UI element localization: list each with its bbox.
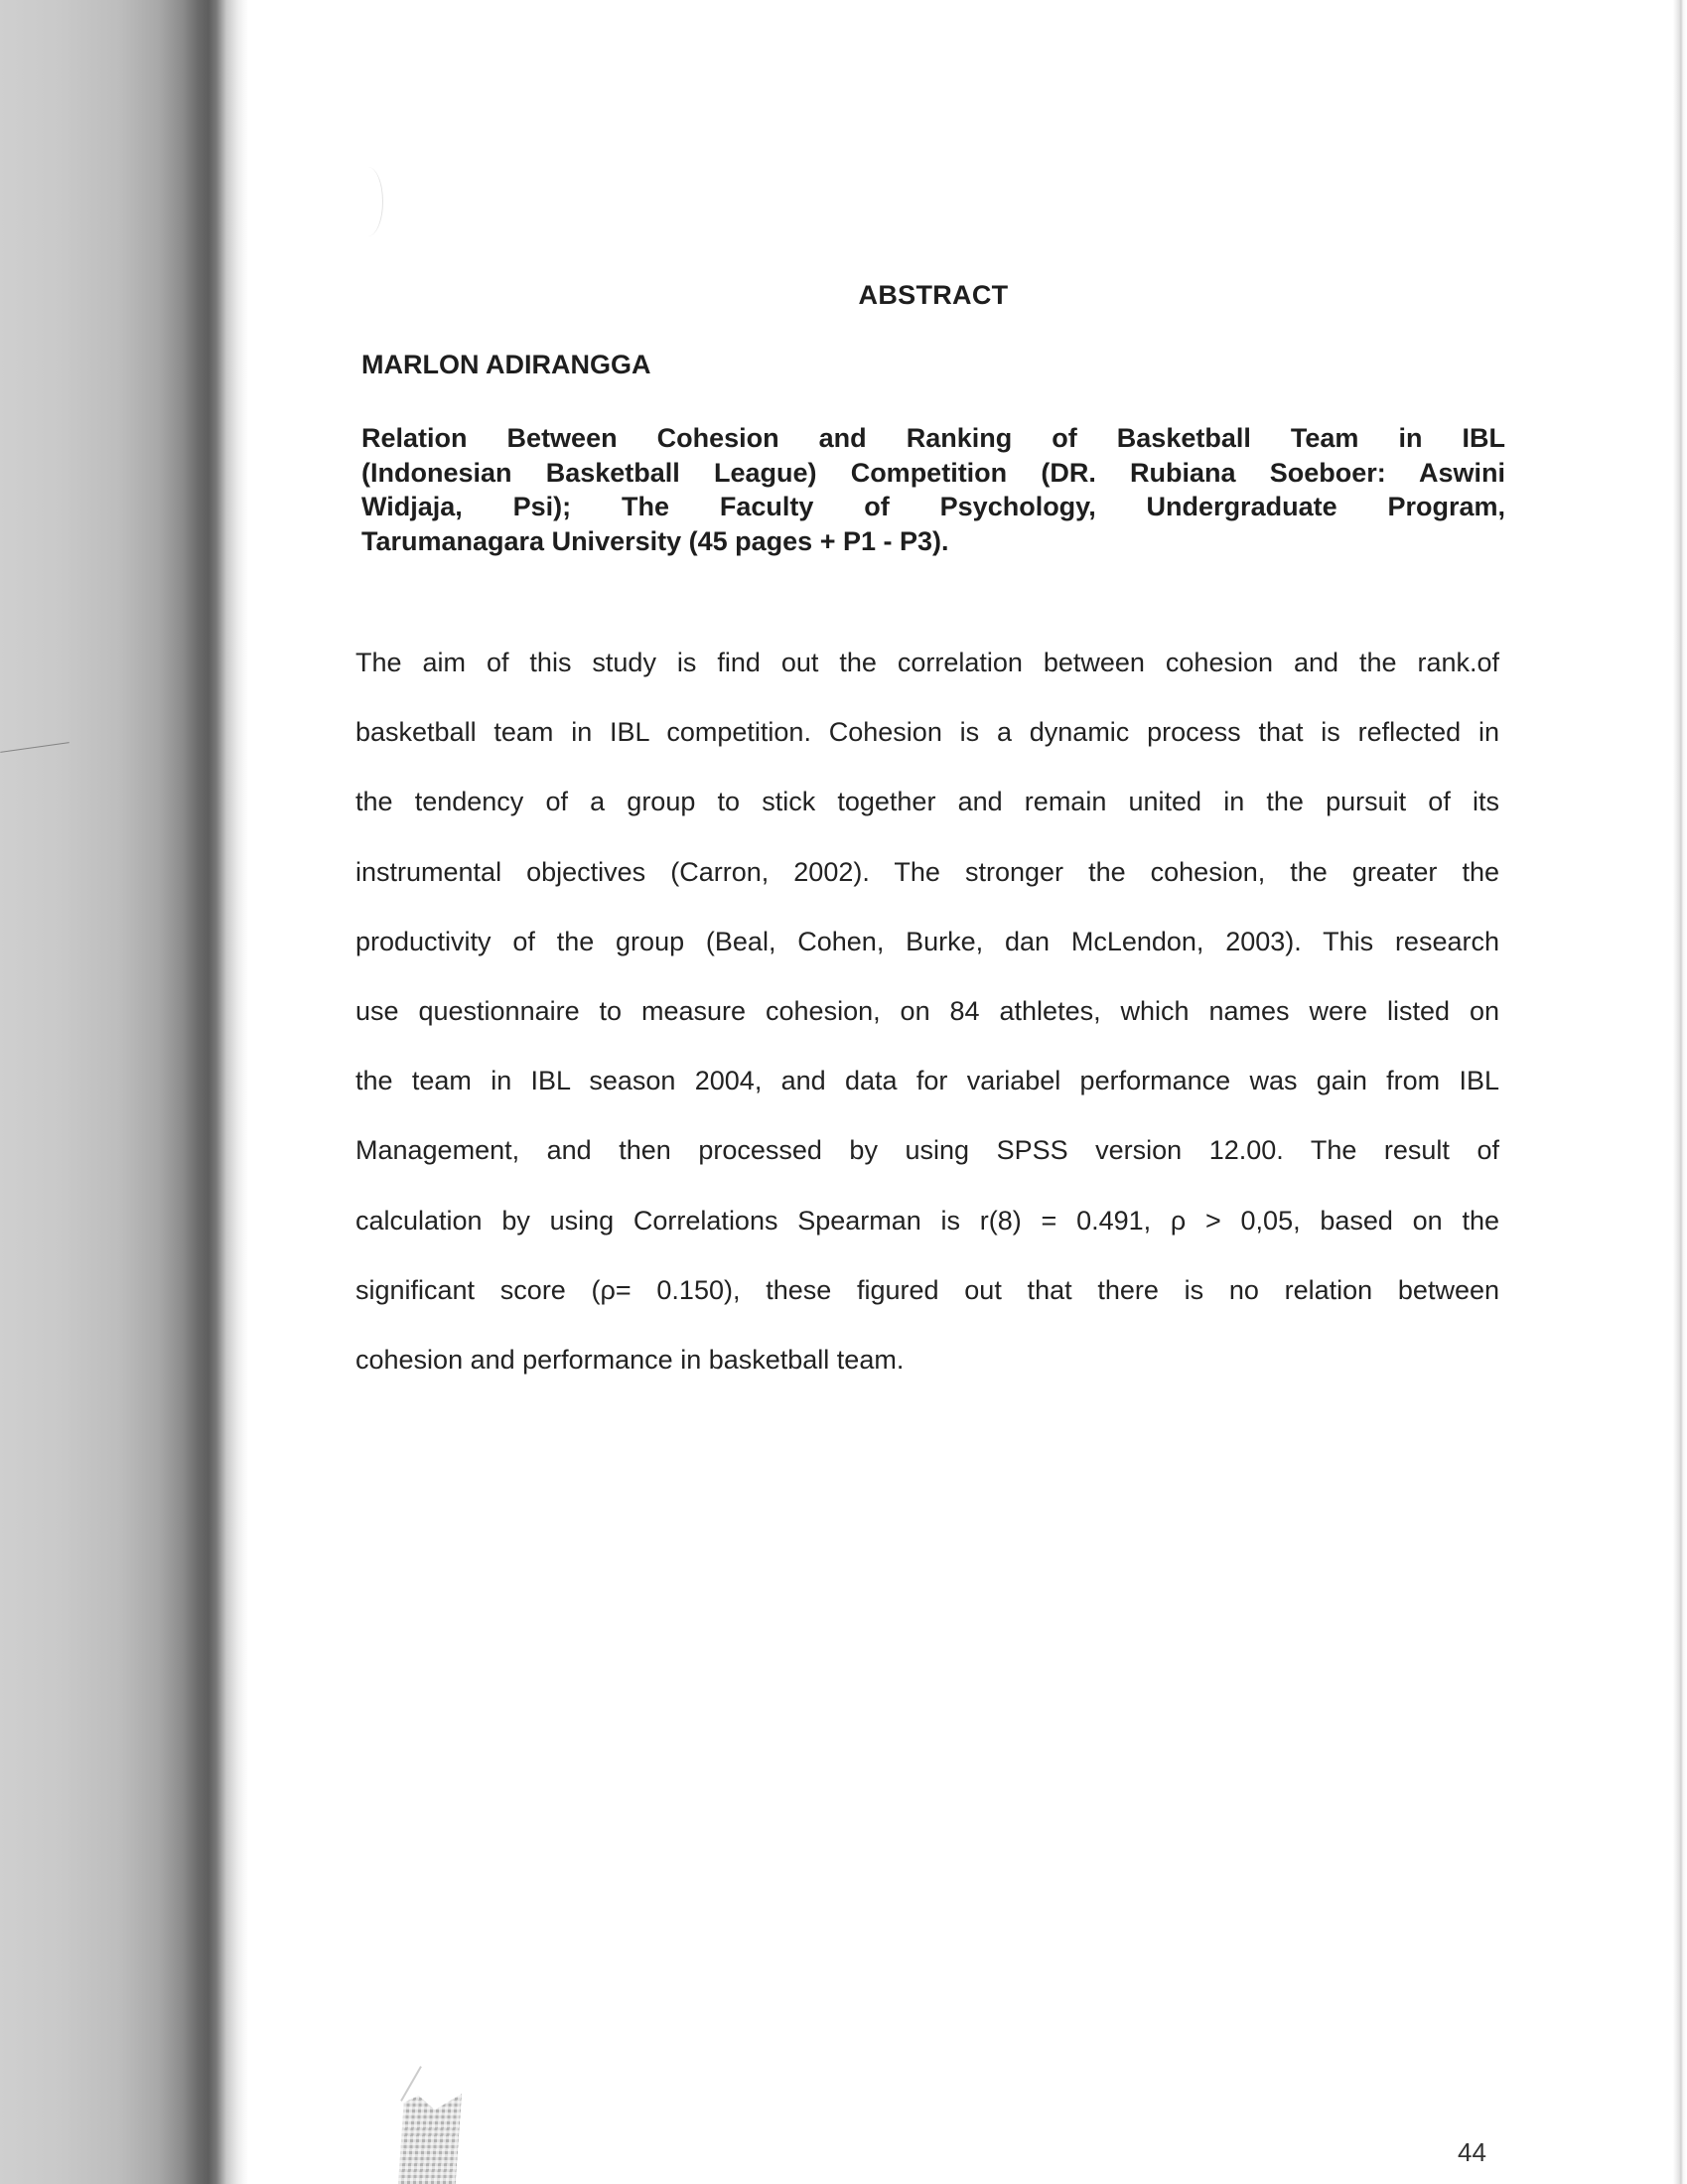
body-line: calculation by using Correlations Spearm…	[355, 1186, 1499, 1255]
thesis-title: Relation Between Cohesion and Ranking of…	[361, 421, 1505, 558]
title-line: Tarumanagara University (45 pages + P1 -…	[361, 524, 1505, 559]
author-name: MARLON ADIRANGGA	[361, 350, 650, 380]
body-line: basketball team in IBL competition. Cohe…	[355, 697, 1499, 767]
body-line: Management, and then processed by using …	[355, 1115, 1499, 1185]
body-line: instrumental objectives (Carron, 2002). …	[355, 837, 1499, 907]
page-number: 44	[1458, 2137, 1486, 2168]
abstract-body: The aim of this study is find out the co…	[355, 628, 1499, 1394]
bookmark-ribbon	[398, 2094, 462, 2184]
document-page: ABSTRACT MARLON ADIRANGGA Relation Betwe…	[0, 0, 1687, 2184]
body-line: cohesion and performance in basketball t…	[355, 1325, 1499, 1394]
body-line: significant score (ρ= 0.150), these figu…	[355, 1255, 1499, 1325]
body-line: use questionnaire to measure cohesion, o…	[355, 976, 1499, 1046]
page-heading: ABSTRACT	[854, 280, 1013, 311]
title-line: Widjaja, Psi); The Faculty of Psychology…	[361, 490, 1505, 524]
body-line: The aim of this study is find out the co…	[355, 628, 1499, 697]
title-line: Relation Between Cohesion and Ranking of…	[361, 421, 1505, 456]
body-line: the team in IBL season 2004, and data fo…	[355, 1046, 1499, 1115]
title-line: (Indonesian Basketball League) Competiti…	[361, 456, 1505, 491]
body-line: the tendency of a group to stick togethe…	[355, 767, 1499, 836]
body-line: productivity of the group (Beal, Cohen, …	[355, 907, 1499, 976]
